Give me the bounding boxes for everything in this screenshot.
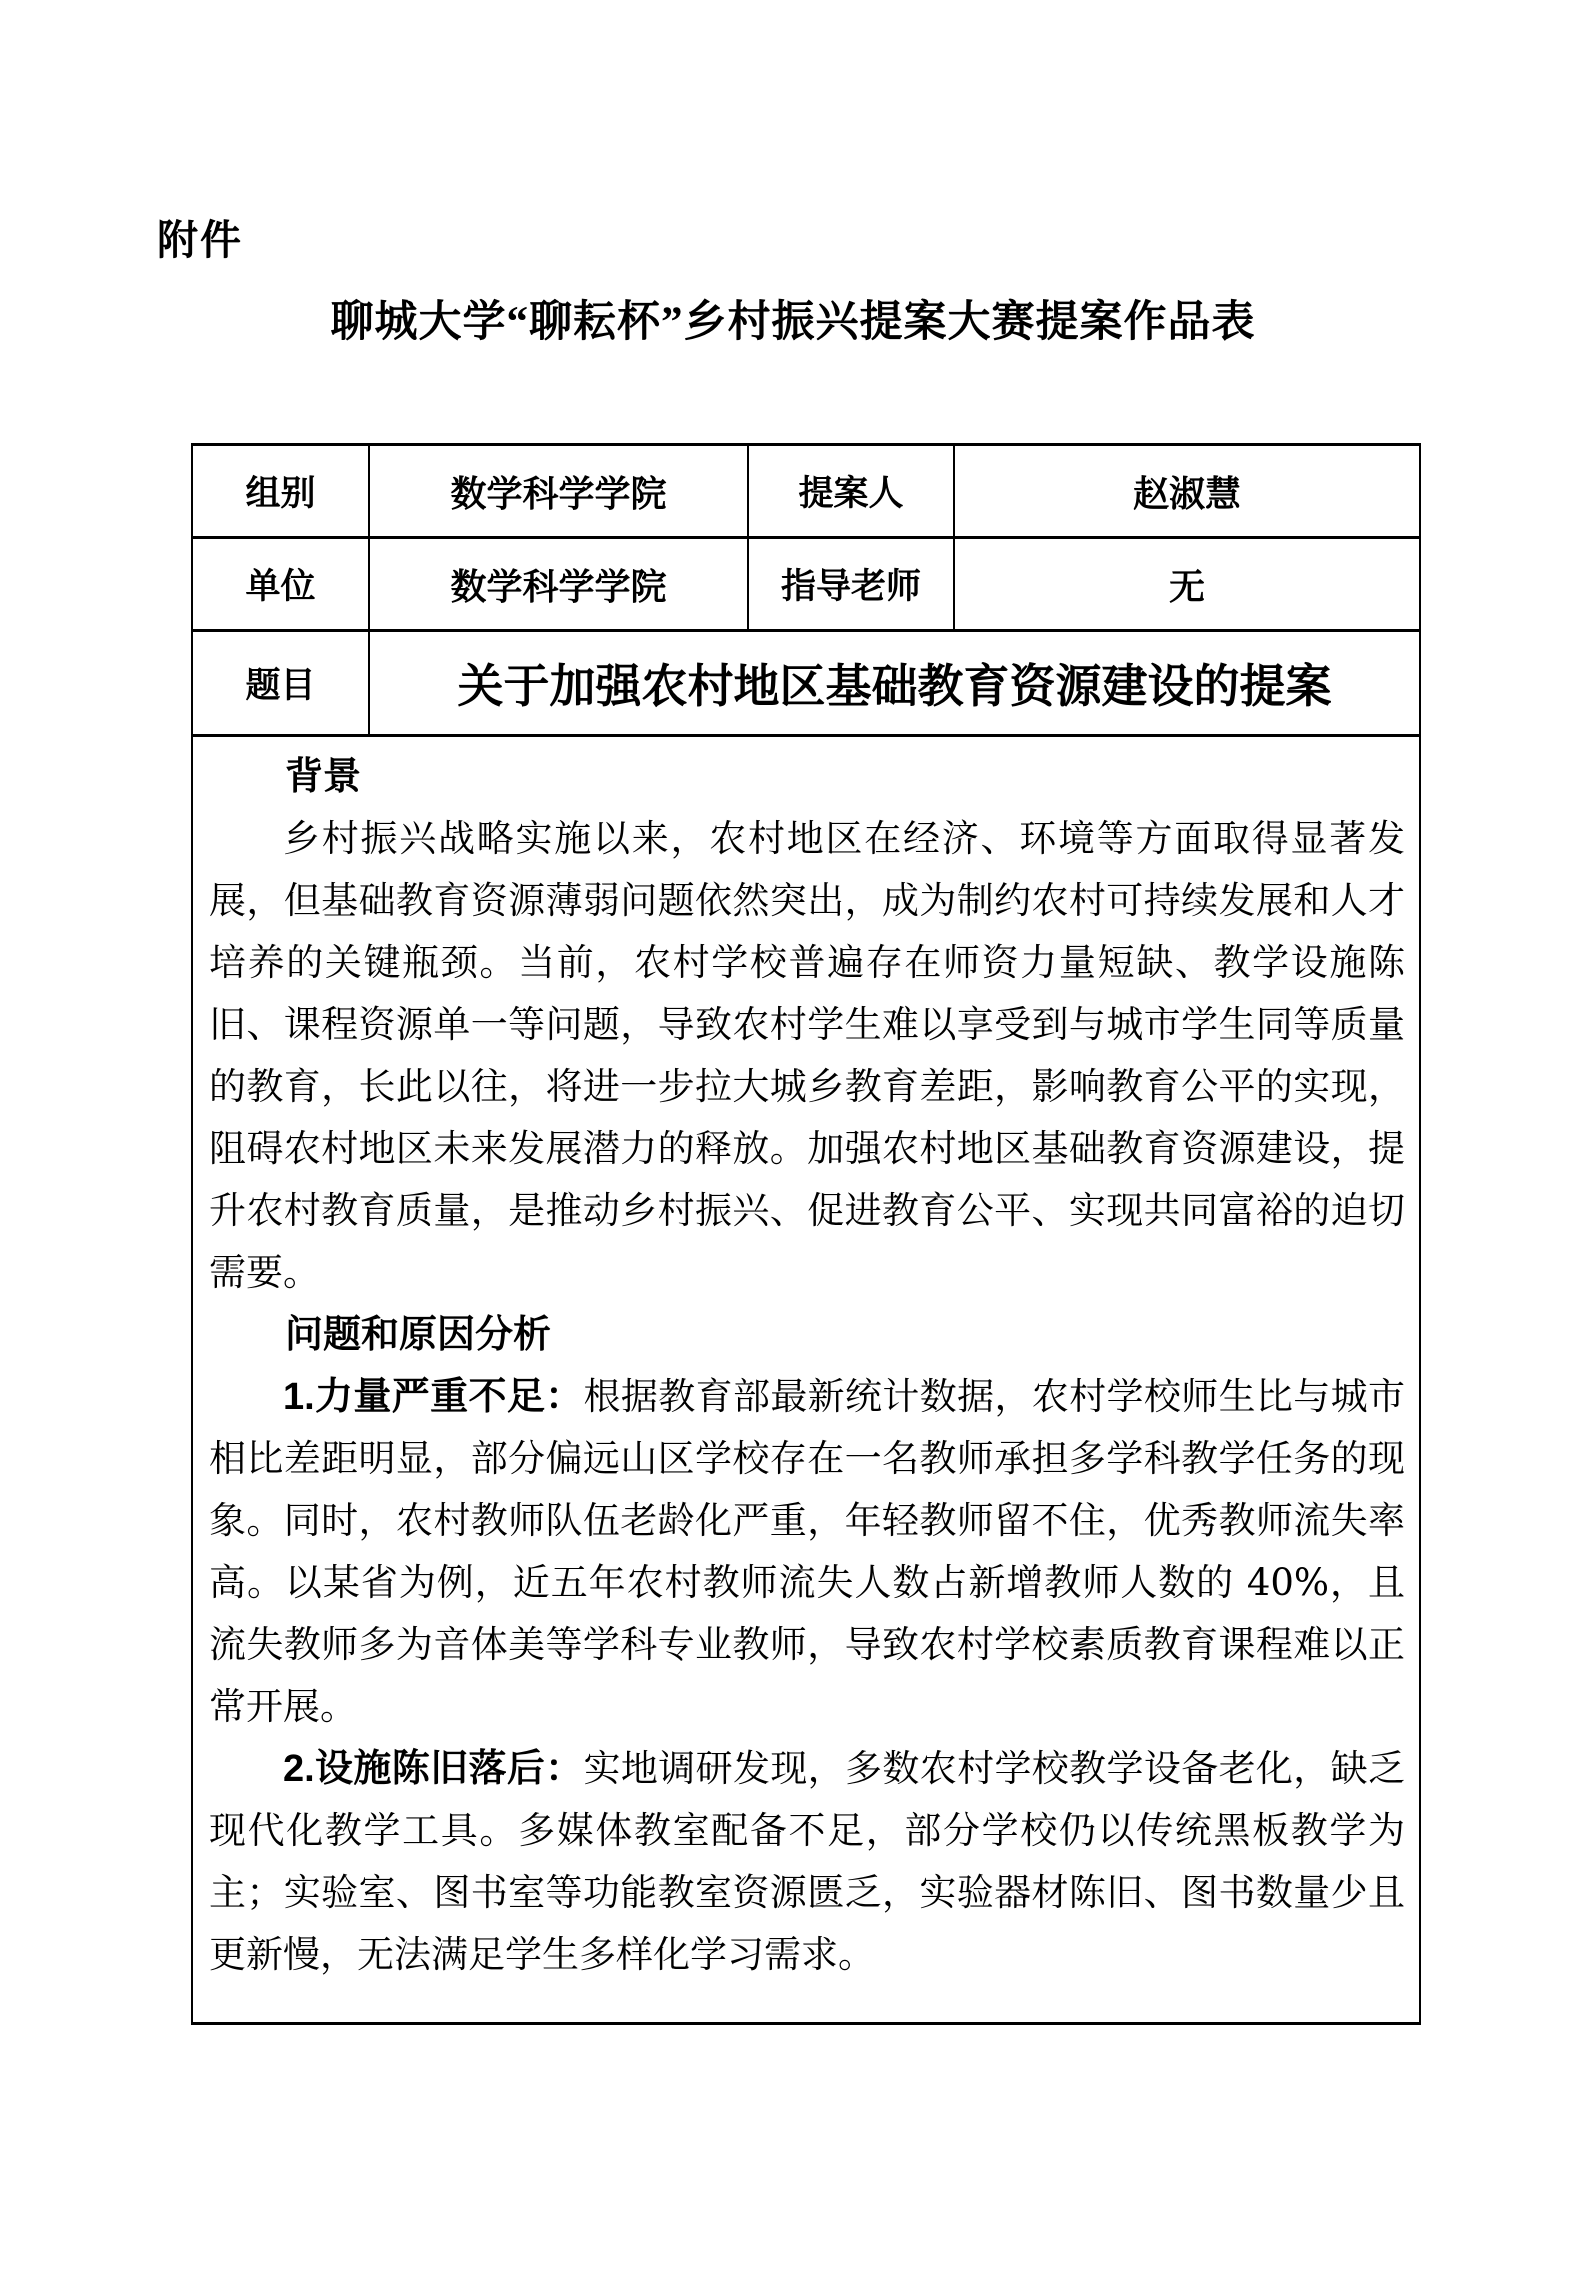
table-row-unit: 单位 数学科学学院 指导老师 无 — [192, 538, 1420, 631]
background-paragraph: 乡村振兴战略实施以来，农村地区在经济、环境等方面取得显著发展，但基础教育资源薄弱… — [209, 808, 1405, 1304]
document-page: 附件 聊城大学“聊耘杯”乡村振兴提案大赛提案作品表 组别 数学科学学院 提案人 … — [0, 0, 1586, 2294]
issue1-text: 根据教育部最新统计数据，农村学校师生比与城市相比差距明显，部分偏远山区学校存在一… — [209, 1375, 1405, 1728]
proposer-value: 赵淑慧 — [954, 445, 1420, 538]
topic-value: 关于加强农村地区基础教育资源建设的提案 — [369, 631, 1420, 736]
proposal-body-cell: 背景 乡村振兴战略实施以来，农村地区在经济、环境等方面取得显著发展，但基础教育资… — [192, 736, 1420, 2024]
unit-label: 单位 — [192, 538, 369, 631]
issue2-paragraph: 2.设施陈旧落后：实地调研发现，多数农村学校教学设备老化，缺乏现代化教学工具。多… — [209, 1738, 1405, 1986]
issue2-label: 2.设施陈旧落后： — [283, 1748, 584, 1790]
group-label: 组别 — [192, 445, 369, 538]
table-row-group: 组别 数学科学学院 提案人 赵淑慧 — [192, 445, 1420, 538]
advisor-label: 指导老师 — [748, 538, 954, 631]
issue1-paragraph: 1.力量严重不足：根据教育部最新统计数据，农村学校师生比与城市相比差距明显，部分… — [209, 1366, 1405, 1738]
analysis-heading: 问题和原因分析 — [209, 1304, 1405, 1366]
document-title: 聊城大学“聊耘杯”乡村振兴提案大赛提案作品表 — [0, 288, 1586, 349]
table-row-topic: 题目 关于加强农村地区基础教育资源建设的提案 — [192, 631, 1420, 736]
table-row-body: 背景 乡村振兴战略实施以来，农村地区在经济、环境等方面取得显著发展，但基础教育资… — [192, 736, 1420, 2024]
group-value: 数学科学学院 — [369, 445, 748, 538]
unit-value: 数学科学学院 — [369, 538, 748, 631]
attachment-label: 附件 — [157, 207, 243, 266]
issue1-label: 1.力量严重不足： — [283, 1376, 584, 1418]
topic-label: 题目 — [192, 631, 369, 736]
proposal-form-table: 组别 数学科学学院 提案人 赵淑慧 单位 数学科学学院 指导老师 无 题目 关于… — [191, 443, 1421, 2025]
advisor-value: 无 — [954, 538, 1420, 631]
background-heading: 背景 — [209, 746, 1405, 808]
proposer-label: 提案人 — [748, 445, 954, 538]
